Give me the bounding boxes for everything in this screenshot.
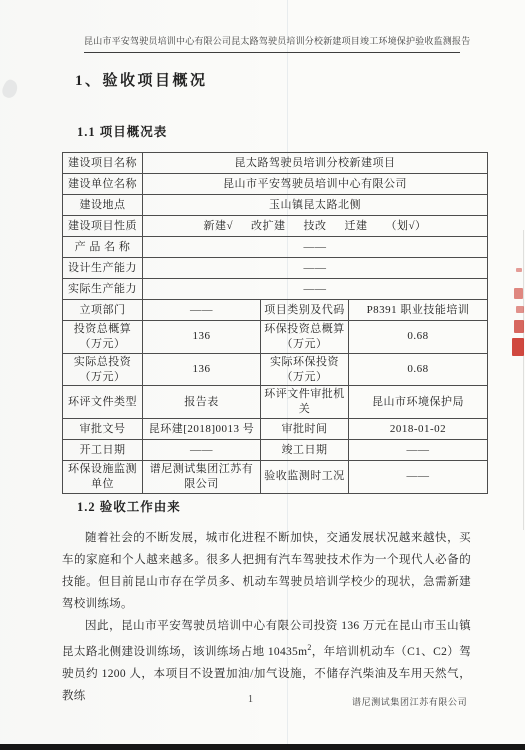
paragraph-1: 随着社会的不断发展，城市化进程不断加快，交通发展状况越来越快，买车的家庭和个人越…: [62, 527, 471, 615]
red-stamp-fragment: [512, 338, 524, 356]
row-label: 立项部门: [63, 300, 143, 321]
row-label: 投资总概算（万元）: [63, 321, 143, 354]
row-value-2: ——: [349, 440, 488, 461]
row-value: 136: [143, 353, 261, 386]
table-row: 建设项目名称 昆太路驾驶员培训分校新建项目: [63, 153, 488, 174]
row-label: 建设项目名称: [63, 153, 143, 174]
row-label: 开工日期: [63, 440, 143, 461]
row-label: 产 品 名 称: [63, 237, 143, 258]
row-value-2: 2018-01-02: [349, 419, 488, 440]
row-label: 建设单位名称: [63, 174, 143, 195]
section-1-title: 1、验收项目概况: [75, 69, 208, 90]
row-value-2: 昆山市环境保护局: [349, 386, 488, 419]
row-label-2: 环保投资总概算（万元）: [261, 321, 349, 354]
row-label: 环评文件类型: [63, 386, 143, 419]
nature-option-checkmark-note: （划√）: [386, 219, 427, 234]
row-label-2: 竣工日期: [261, 440, 349, 461]
row-label: 审批文号: [63, 419, 143, 440]
row-value-2: ——: [349, 461, 488, 494]
row-value: ——: [143, 258, 488, 279]
row-value: 昆环建[2018]0013 号: [143, 419, 261, 440]
row-label-2: 审批时间: [261, 419, 349, 440]
scan-smudge: [0, 78, 20, 100]
row-label-2: 项目类别及代码: [261, 300, 349, 321]
page-edge-shadow: [523, 230, 524, 530]
row-label: 设计生产能力: [63, 258, 143, 279]
table-row: 产 品 名 称 ——: [63, 237, 488, 258]
row-value: 报告表: [143, 386, 261, 419]
row-value: 136: [143, 321, 261, 354]
row-value-2: 0.68: [349, 353, 488, 386]
row-value: 玉山镇昆太路北侧: [143, 195, 488, 216]
body-text: 随着社会的不断发展，城市化进程不断加快，交通发展状况越来越快，买车的家庭和个人越…: [62, 527, 471, 707]
row-value-2: P8391 职业技能培训: [349, 300, 488, 321]
paragraph-2: 因此，昆山市平安驾驶员培训中心有限公司投资 136 万元在昆山市玉山镇昆太路北侧…: [62, 615, 471, 707]
row-label-2: 实际环保投资（万元）: [261, 353, 349, 386]
section-1-2-title: 1.2 验收工作由来: [77, 497, 181, 515]
table-row: 投资总概算（万元） 136 环保投资总概算（万元） 0.68: [63, 321, 488, 354]
table-row: 实际总投资（万元） 136 实际环保投资（万元） 0.68: [63, 353, 488, 386]
row-label: 环保设施监测单位: [63, 461, 143, 494]
red-stamp-fragment: [514, 288, 523, 299]
red-stamp-fragment: [514, 320, 524, 333]
row-label: 建设地点: [63, 195, 143, 216]
table-row: 建设单位名称 昆山市平安驾驶员培训中心有限公司: [63, 174, 488, 195]
scan-bottom-edge: [0, 744, 525, 750]
row-value: 昆山市平安驾驶员培训中心有限公司: [143, 174, 488, 195]
table-row: 建设地点 玉山镇昆太路北侧: [63, 195, 488, 216]
table-row: 审批文号 昆环建[2018]0013 号 审批时间 2018-01-02: [63, 419, 488, 440]
red-stamp-fragment: [516, 306, 524, 313]
row-label: 建设项目性质: [63, 216, 143, 237]
row-value: ——: [143, 237, 488, 258]
row-label-2: 环评文件审批机关: [261, 386, 349, 419]
row-value-2: 0.68: [349, 321, 488, 354]
project-nature-options: 新建√ 改扩建 技改 迁建 （划√）: [143, 216, 488, 237]
nature-option-relocate: 迁建: [345, 219, 368, 234]
table-row: 实际生产能力 ——: [63, 279, 488, 300]
footer-page-number: 1: [248, 694, 253, 705]
table-row: 环保设施监测单位 谱尼测试集团江苏有限公司 验收监测时工况 ——: [63, 461, 488, 494]
table-row: 立项部门 —— 项目类别及代码 P8391 职业技能培训: [63, 300, 488, 321]
row-label: 实际总投资（万元）: [63, 353, 143, 386]
table-row: 建设项目性质 新建√ 改扩建 技改 迁建 （划√）: [63, 216, 488, 237]
table-row: 环评文件类型 报告表 环评文件审批机关 昆山市环境保护局: [63, 386, 488, 419]
nature-option-techmod: 技改: [304, 219, 327, 234]
nature-option-new: 新建√: [203, 219, 233, 234]
row-value: ——: [143, 440, 261, 461]
row-label: 实际生产能力: [63, 279, 143, 300]
nature-option-expand: 改扩建: [251, 219, 286, 234]
row-value: 昆太路驾驶员培训分校新建项目: [143, 153, 488, 174]
footer-company-name: 谱尼测试集团江苏有限公司: [352, 695, 467, 708]
row-label-2: 验收监测时工况: [261, 461, 349, 494]
scanned-report-page: 昆山市平安驾驶员培训中心有限公司昆太路驾驶员培训分校新建项目竣工环境保护验收监测…: [0, 0, 525, 750]
row-value: ——: [143, 279, 488, 300]
row-value: ——: [143, 300, 261, 321]
section-1-1-title: 1.1 项目概况表: [77, 122, 167, 140]
red-stamp-fragment: [516, 268, 522, 272]
running-header: 昆山市平安驾驶员培训中心有限公司昆太路驾驶员培训分校新建项目竣工环境保护验收监测…: [84, 34, 460, 53]
project-overview-table: 建设项目名称 昆太路驾驶员培训分校新建项目 建设单位名称 昆山市平安驾驶员培训中…: [62, 152, 488, 494]
table-row: 开工日期 —— 竣工日期 ——: [63, 440, 488, 461]
table-row: 设计生产能力 ——: [63, 258, 488, 279]
row-value: 谱尼测试集团江苏有限公司: [143, 461, 261, 494]
